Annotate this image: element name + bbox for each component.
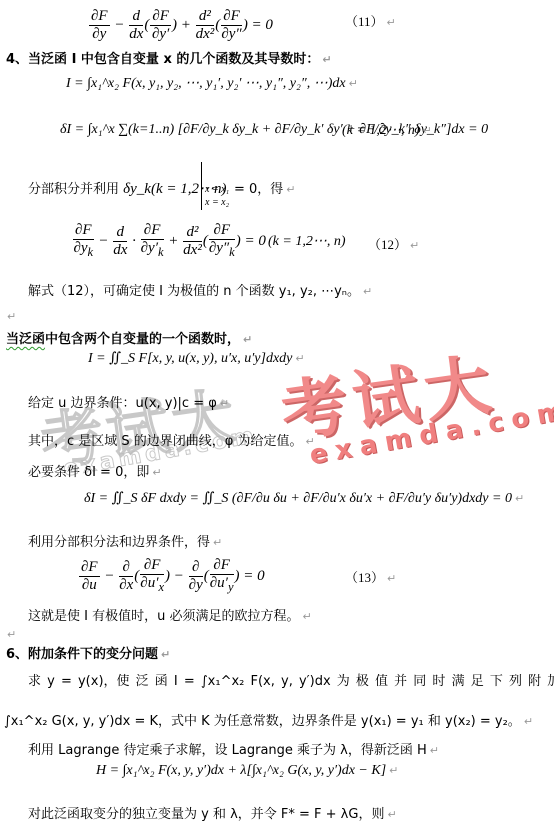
section-4-functional: I = ∫x₁^x₂ F(x, y₁, y₂, ⋯, y₁′, y₂′ ⋯, y… xyxy=(66,75,358,92)
section-4-variation-range: (k = 1,2⋯, n)↵ xyxy=(342,122,432,139)
section-6-line-3: 利用 Lagrange 待定乘子求解，设 Lagrange 乘子为 λ，得新泛函… xyxy=(28,739,439,758)
empty-paragraph: ↵ xyxy=(7,310,16,323)
section-5-euler: 这就是使 I 有极值时，u 必须满足的欧拉方程。↵ xyxy=(28,605,312,624)
section-5-heading: 当泛函5、当泛函中包含两个自变量的一个函数时，中包含两个自变量的一个函数时，↵ xyxy=(6,328,252,347)
equation-13: ∂F∂u − ∂∂x(∂F∂u′x) − ∂∂y(∂F∂u′y) = 0 xyxy=(78,557,265,596)
section-6-heading: 6、附加条件下的变分问题↵ xyxy=(6,643,170,662)
section-4-solution: 解式（12），可确定使 I 为极值的 n 个函数 y₁, y₂, ⋯yₙ。↵ xyxy=(28,280,372,299)
equation-11-number: （11）↵ xyxy=(345,11,396,30)
empty-paragraph-2: ↵ xyxy=(7,628,16,641)
section-5-boundary: 给定 u 边界条件：u(x, y)|c = φ↵ xyxy=(28,392,229,411)
section-5-functional: I = ∬_S F[x, y, u(x, y), u′x, u′y]dxdy↵ xyxy=(88,350,305,367)
section-5-by-parts: 利用分部积分法和边界条件，得↵ xyxy=(28,531,222,550)
equation-12-range: (k = 1,2⋯, n) xyxy=(268,233,346,250)
section-6-line-2: ∫x₁^x₂ G(x, y, y′)dx = K，式中 K 为任意常数，边界条件… xyxy=(4,710,533,729)
boundary-lower: x = x₂ xyxy=(205,197,229,208)
equation-12: ∂F∂yk − ddx · ∂F∂y′k + d²dx²(∂F∂y″k) = 0 xyxy=(72,222,266,261)
section-5-variation: δI = ∬_S δF dxdy = ∬_S (∂F/∂u δu + ∂F/∂u… xyxy=(84,490,524,507)
boundary-upper: x = x₁ xyxy=(205,184,229,195)
integration-result: = 0，得↵ xyxy=(234,178,296,197)
section-6-line-1: 求 y = y(x)，使 泛 函 I = ∫x₁^x₂ F(x, y, y′)d… xyxy=(28,670,554,689)
equation-12-number: （12）↵ xyxy=(368,234,419,253)
section-6-functional-H: H = ∫x₁^x₂ F(x, y, y′)dx + λ[∫x₁^x₂ G(x,… xyxy=(96,763,398,779)
section-5-necessary: 必要条件 δI = 0，即↵ xyxy=(28,461,162,480)
section-5-where: 其中，c 是区域 S 的边界闭曲线，φ 为给定值。↵ xyxy=(28,430,315,449)
equation-13-number: （13）↵ xyxy=(345,567,396,586)
section-4-heading: 4、当泛函 I 中包含自变量 x 的几个函数及其导数时：↵ xyxy=(6,48,332,67)
section-4-integration-line: 分部积分并利用 δy_k(k = 1,2⋯n) xyxy=(28,178,226,198)
equation-11: ∂F∂y − ddx(∂F∂y′) + d²dx²(∂F∂y″) = 0 xyxy=(88,8,273,43)
evaluation-bar xyxy=(201,162,202,210)
section-6-line-4: 对此泛函取变分的独立变量为 y 和 λ，并令 F* = F + λG，则↵ xyxy=(28,803,397,822)
